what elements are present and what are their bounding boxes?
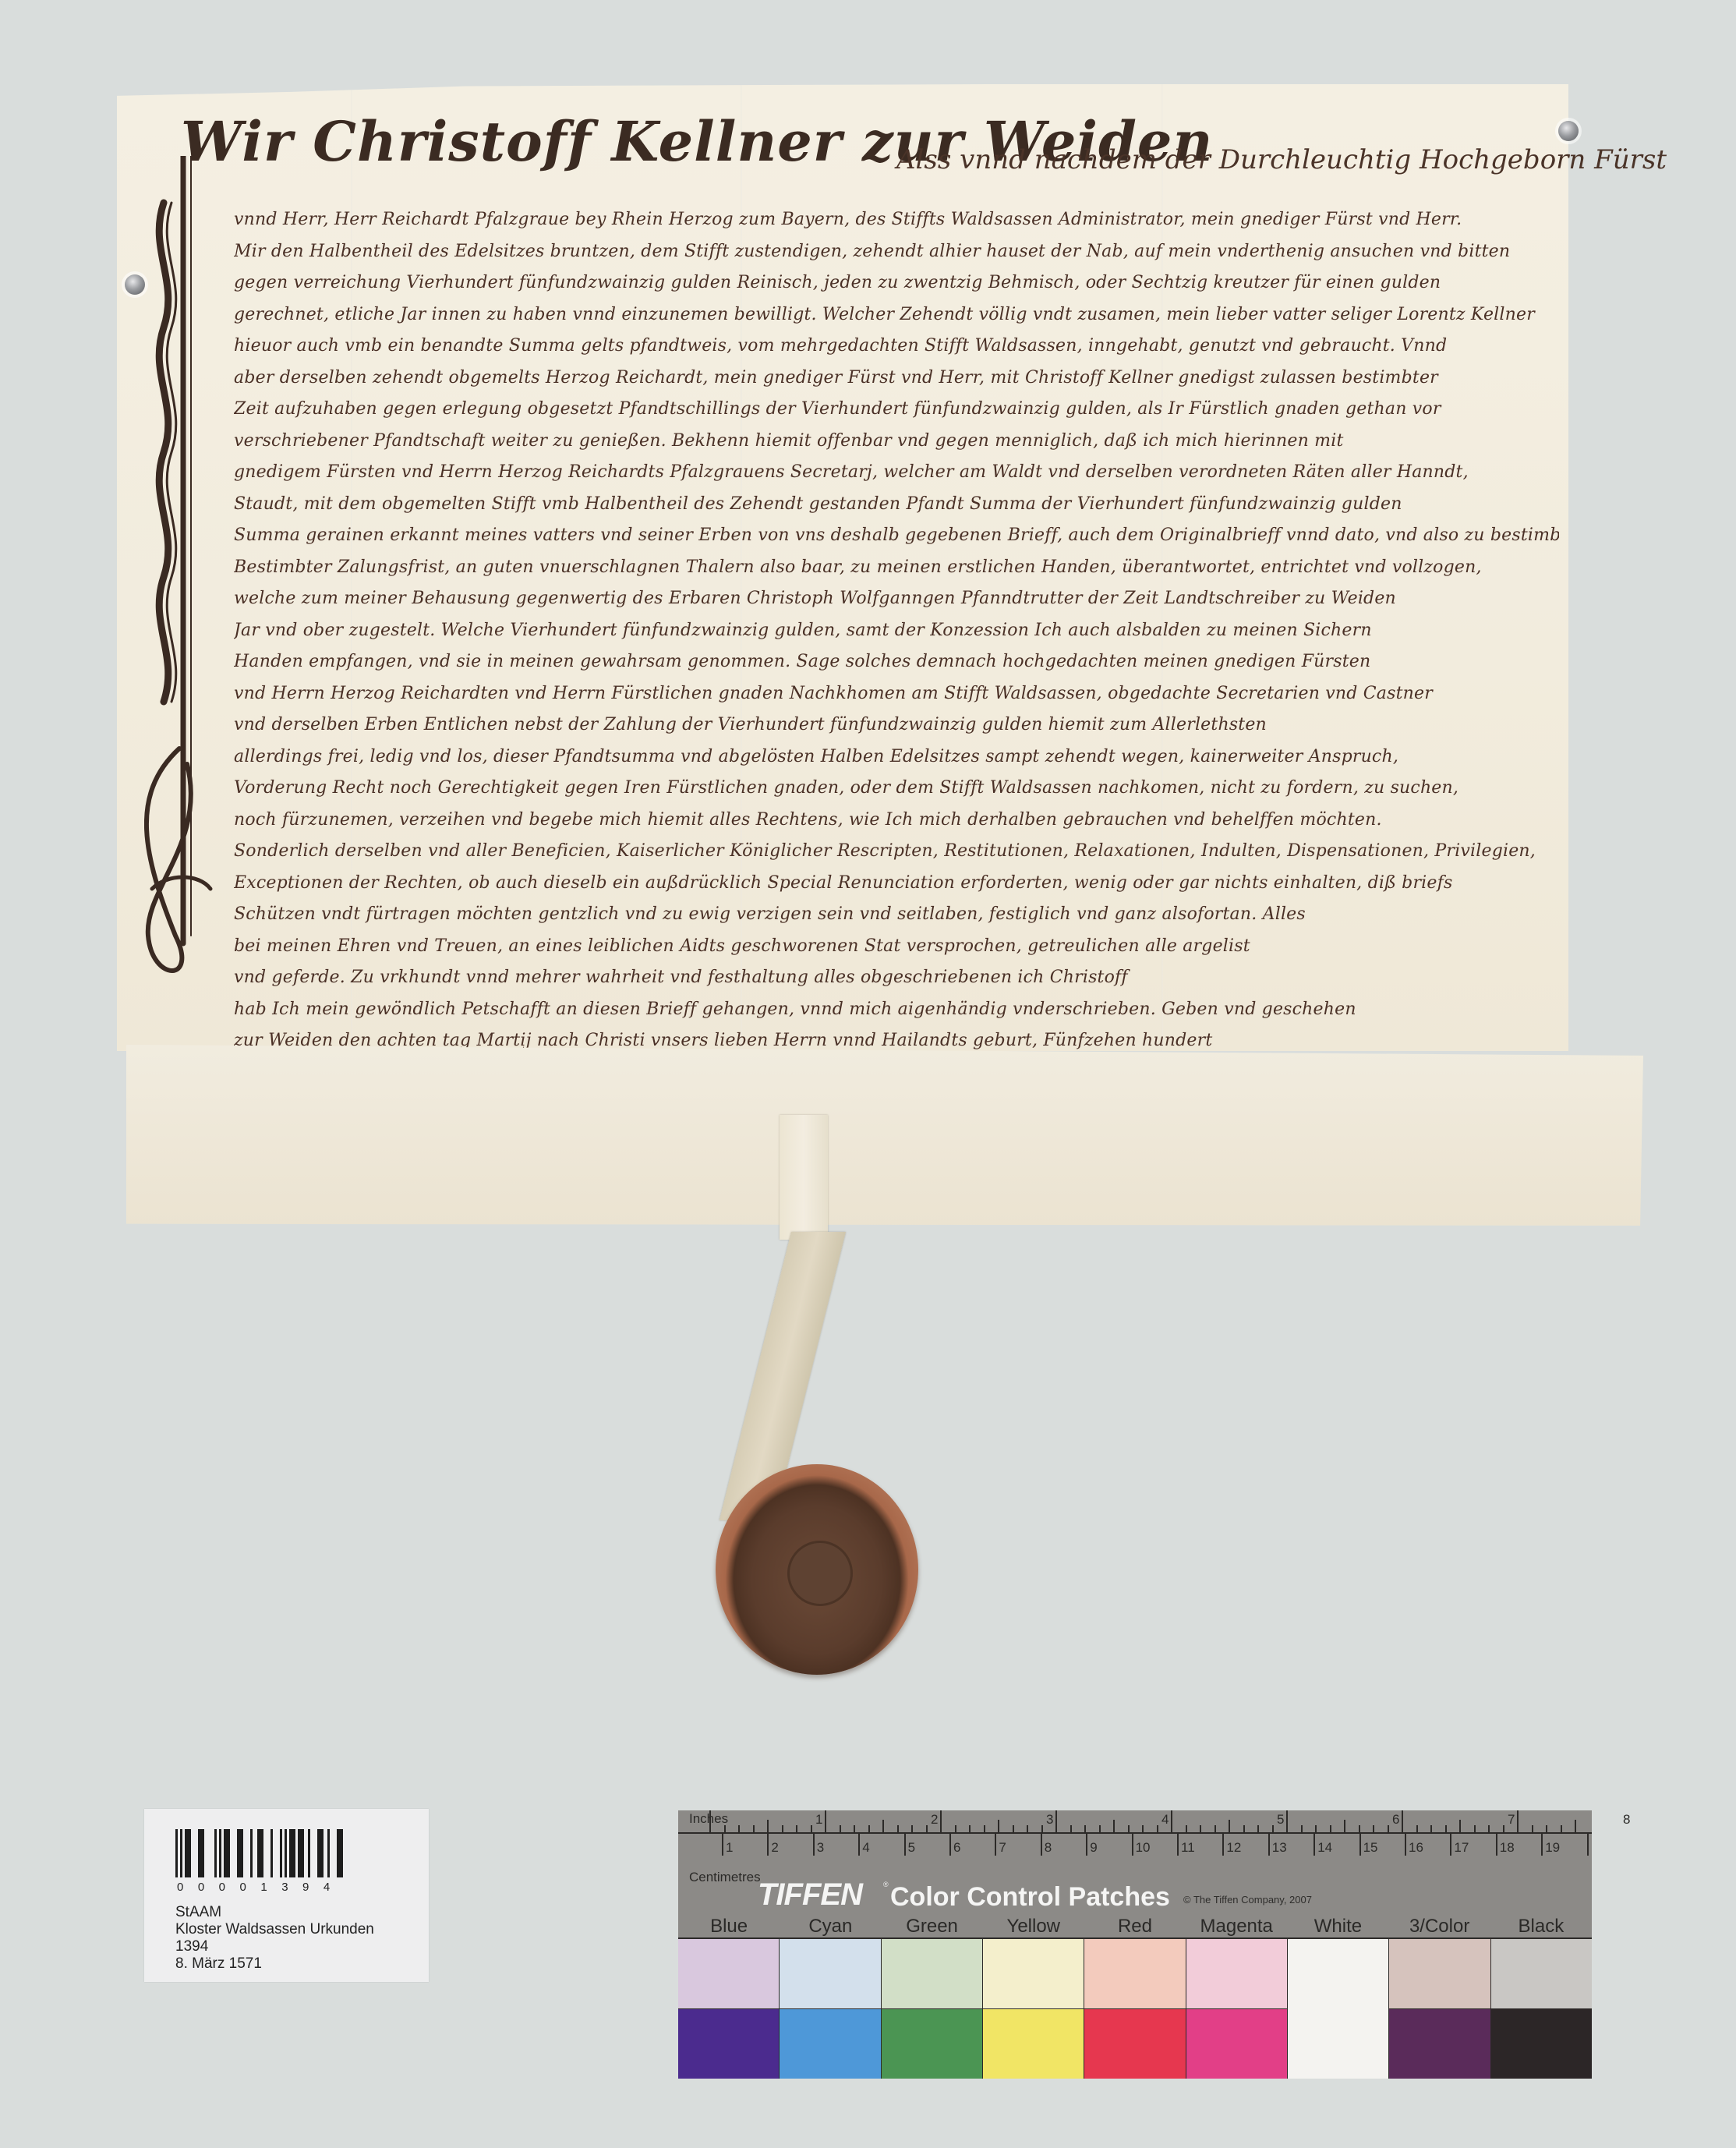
ruler-tick xyxy=(782,1825,783,1832)
color-patch-cyan xyxy=(779,1939,880,2079)
text-line: allerdings frei, ledig vnd los, dieser P… xyxy=(234,741,1559,773)
patch-label: Cyan xyxy=(780,1916,881,1937)
ruler-cm-number: 19 xyxy=(1545,1840,1560,1856)
ruler-inch-number: 8 xyxy=(1623,1812,1630,1828)
ruler-centimetres-label: Centimetres xyxy=(689,1870,761,1885)
ruler-cm-number: 13 xyxy=(1272,1840,1287,1856)
ruler-tick xyxy=(1177,1832,1179,1856)
ruler-cm-number: 18 xyxy=(1500,1840,1515,1856)
chart-title: Color Control Patches xyxy=(890,1882,1170,1913)
ruler-cm-number: 4 xyxy=(862,1840,869,1856)
ruler-tick xyxy=(1450,1832,1451,1856)
ruler-cm-number: 9 xyxy=(1090,1840,1097,1856)
ruler-cm-number: 11 xyxy=(1181,1840,1195,1856)
ruler-centimetres: 12345678910111213141516171819 xyxy=(678,1832,1592,1863)
ruler-tick xyxy=(1445,1825,1447,1832)
ruler-tick xyxy=(1041,1832,1042,1856)
mounting-pin-icon xyxy=(1558,121,1579,141)
ruler-cm-number: 5 xyxy=(908,1840,915,1856)
color-control-chart: Inches 12345678 123456789101112131415161… xyxy=(678,1810,1592,2077)
ruler-tick xyxy=(753,1825,755,1832)
ruler-tick xyxy=(1313,1832,1315,1856)
ruler-inch-number: 7 xyxy=(1508,1812,1515,1828)
ruler-tick xyxy=(1359,1832,1361,1856)
ruler-tick xyxy=(1517,1810,1519,1832)
ruler-tick xyxy=(722,1832,723,1856)
ruler-tick xyxy=(1430,1825,1432,1832)
text-line: noch fürzunemen, verzeihen vnd begebe mi… xyxy=(234,805,1559,837)
ruler-tick xyxy=(904,1832,906,1856)
patch-label: Blue xyxy=(678,1916,780,1937)
ruler-cm-number: 12 xyxy=(1226,1840,1241,1856)
ruler-inch-number: 2 xyxy=(931,1812,938,1828)
patch-label: Black xyxy=(1490,1916,1592,1937)
text-line: Exceptionen der Rechten, ob auch dieselb… xyxy=(234,868,1559,900)
ruler-tick xyxy=(1200,1825,1201,1832)
text-line: bei meinen Ehren vnd Treuen, an eines le… xyxy=(234,931,1559,963)
ruler-tick xyxy=(995,1832,996,1856)
ruler-tick xyxy=(1257,1825,1259,1832)
ruler-tick xyxy=(1186,1825,1187,1832)
ruler-tick xyxy=(1070,1825,1072,1832)
ruler-tick xyxy=(1027,1825,1028,1832)
ruler-tick xyxy=(1496,1832,1497,1856)
ruler-tick xyxy=(1587,1832,1589,1856)
ruler-cm-number: 8 xyxy=(1045,1840,1052,1856)
ruler-tick xyxy=(897,1825,899,1832)
ruler-cm-number: 3 xyxy=(817,1840,824,1856)
ruler-tick xyxy=(1474,1825,1476,1832)
ruler-tick xyxy=(911,1825,913,1832)
ruler-tick xyxy=(1084,1825,1086,1832)
ruler-tick xyxy=(767,1832,769,1856)
ruler-tick xyxy=(1330,1825,1331,1832)
ruler-cm-number: 7 xyxy=(999,1840,1006,1856)
ruler-cm-number: 14 xyxy=(1317,1840,1332,1856)
ruler-cm-number: 1 xyxy=(726,1840,733,1856)
patch-swatch-dark xyxy=(1389,2009,1490,2079)
patch-label: White xyxy=(1287,1916,1388,1937)
ruler-tick xyxy=(1402,1810,1403,1832)
label-number: 1394 xyxy=(175,1938,208,1955)
charter-text-body: vnnd Herr, Herr Reichardt Pfalzgraue bey… xyxy=(234,204,1559,1057)
ruler-tick xyxy=(1344,1820,1345,1832)
text-line: gnedigem Fürsten vnd Herrn Herzog Reicha… xyxy=(234,457,1559,489)
ruler-tick xyxy=(813,1832,815,1856)
text-line: aber derselben zehendt obgemelts Herzog … xyxy=(234,363,1559,395)
ruler-tick xyxy=(1171,1810,1172,1832)
patch-labels: Blue Cyan Green Yellow Red Magenta White… xyxy=(678,1916,1592,1937)
patch-swatch-light xyxy=(1084,1939,1185,2009)
color-patch-blue xyxy=(678,1939,779,2079)
ruler-tick xyxy=(1575,1820,1576,1832)
ruler-tick xyxy=(1301,1825,1303,1832)
text-line: Staudt, mit dem obgemelten Stifft vmb Ha… xyxy=(234,489,1559,521)
barcode-digits: 00001394 xyxy=(177,1881,361,1894)
ruler-tick xyxy=(1388,1825,1389,1832)
color-patch-white xyxy=(1287,1939,1388,2079)
ruler-tick xyxy=(1359,1825,1360,1832)
ruler-tick xyxy=(738,1825,740,1832)
ruler-tick xyxy=(1561,1825,1562,1832)
ruler-tick xyxy=(1113,1820,1115,1832)
ruler-tick xyxy=(984,1825,985,1832)
patch-swatch xyxy=(1288,1939,1388,2079)
label-date: 8. März 1571 xyxy=(175,1955,262,1973)
ruler-tick xyxy=(1243,1825,1245,1832)
ruler-tick xyxy=(955,1825,956,1832)
ruler-inch-number: 3 xyxy=(1046,1812,1053,1828)
label-archive: StAAM xyxy=(175,1904,221,1921)
ruler-tick xyxy=(1546,1825,1547,1832)
ruler-tick xyxy=(1086,1832,1087,1856)
ruler-tick xyxy=(724,1825,726,1832)
patch-swatch-dark xyxy=(1186,2009,1287,2079)
patch-swatch-light xyxy=(983,1939,1084,2009)
ruler-tick xyxy=(882,1820,884,1832)
ruler-tick xyxy=(1128,1825,1130,1832)
patch-swatch-dark xyxy=(882,2009,982,2079)
ruler-tick xyxy=(858,1832,860,1856)
patch-swatch-light xyxy=(780,1939,880,2009)
ruler-cm-number: 6 xyxy=(953,1840,960,1856)
wax-seal-icon xyxy=(716,1464,918,1675)
ruler-tick xyxy=(1222,1832,1224,1856)
patch-label: Yellow xyxy=(983,1916,1084,1937)
ruler-tick xyxy=(998,1820,999,1832)
text-line: gerechnet, etliche Jar innen zu haben vn… xyxy=(234,299,1559,331)
text-line: Handen empfangen, vnd sie in meinen gewa… xyxy=(234,646,1559,678)
ruler-tick xyxy=(1157,1825,1158,1832)
ruler-tick xyxy=(1503,1825,1504,1832)
ruler-tick xyxy=(1132,1832,1133,1856)
ruler-tick xyxy=(1214,1825,1216,1832)
charter-heading-continuation: Alss vnnd nachdem der Durchleuchtig Hoch… xyxy=(896,144,1667,175)
tiffen-logo: TIFFEN xyxy=(758,1877,862,1913)
ruler-tick xyxy=(854,1825,855,1832)
ruler-tick xyxy=(1459,1820,1461,1832)
ruler-tick xyxy=(940,1810,942,1832)
ruler-tick xyxy=(1055,1810,1057,1832)
patch-swatch-dark xyxy=(1084,2009,1185,2079)
ruler-tick xyxy=(1099,1825,1101,1832)
ruler-tick xyxy=(1405,1832,1406,1856)
ruler-cm-number: 10 xyxy=(1136,1840,1151,1856)
patch-swatch-light xyxy=(882,1939,982,2009)
patch-swatch-dark xyxy=(678,2009,779,2079)
text-line: vnnd Herr, Herr Reichardt Pfalzgraue bey… xyxy=(234,204,1559,236)
archive-label: 00001394 StAAM Kloster Waldsassen Urkund… xyxy=(144,1809,429,1982)
color-patch-3-color xyxy=(1388,1939,1490,2079)
color-patch-red xyxy=(1084,1939,1185,2079)
text-line: hab Ich mein gewöndlich Petschafft an di… xyxy=(234,994,1559,1026)
text-line: Mir den Halbentheil des Edelsitzes brunt… xyxy=(234,236,1559,268)
ruler-tick xyxy=(1142,1825,1144,1832)
patch-swatch-light xyxy=(1186,1939,1287,2009)
color-patch-magenta xyxy=(1186,1939,1287,2079)
ruler-inches: Inches 12345678 xyxy=(678,1810,1592,1834)
barcode-icon xyxy=(175,1829,343,1877)
patch-swatch-light xyxy=(1389,1939,1490,2009)
patch-label: Magenta xyxy=(1186,1916,1287,1937)
ruler-tick xyxy=(1416,1825,1418,1832)
ruler-inch-number: 5 xyxy=(1277,1812,1284,1828)
ruler-tick xyxy=(767,1820,769,1832)
ruler-inch-number: 4 xyxy=(1161,1812,1169,1828)
text-line: gegen verreichung Vierhundert fünfundzwa… xyxy=(234,267,1559,299)
patch-swatch-light xyxy=(1491,1939,1592,2009)
ruler-tick xyxy=(868,1825,870,1832)
text-line: Sonderlich derselben vnd aller Beneficie… xyxy=(234,836,1559,868)
text-line: Bestimbter Zalungsfrist, an guten vnuers… xyxy=(234,552,1559,584)
color-patch-yellow xyxy=(982,1939,1084,2079)
ruler-tick xyxy=(1532,1825,1533,1832)
ruler-tick xyxy=(969,1825,971,1832)
patch-label: 3/Color xyxy=(1389,1916,1490,1937)
mounting-pin-icon xyxy=(125,274,145,295)
patch-swatch-light xyxy=(678,1939,779,2009)
ruler-tick xyxy=(926,1825,928,1832)
ruler-tick xyxy=(1541,1832,1543,1856)
patch-label: Red xyxy=(1084,1916,1186,1937)
chart-copyright: © The Tiffen Company, 2007 xyxy=(1183,1894,1312,1906)
decorative-initial-border-icon xyxy=(144,156,214,990)
label-collection: Kloster Waldsassen Urkunden xyxy=(175,1921,374,1938)
ruler-tick xyxy=(1315,1825,1317,1832)
text-line: vnd geferde. Zu vrkhundt vnnd mehrer wah… xyxy=(234,962,1559,994)
ruler-tick xyxy=(709,1810,711,1832)
text-line: Jar vnd ober zugestelt. Welche Vierhunde… xyxy=(234,615,1559,647)
ruler-tick xyxy=(796,1825,797,1832)
ruler-cm-number: 2 xyxy=(771,1840,778,1856)
ruler-inch-number: 1 xyxy=(815,1812,822,1828)
ruler-tick xyxy=(949,1832,951,1856)
text-line: welche zum meiner Behausung gegenwertig … xyxy=(234,583,1559,615)
ruler-tick xyxy=(840,1825,841,1832)
text-line: vnd Herrn Herzog Reichardten vnd Herrn F… xyxy=(234,678,1559,710)
ruler-tick xyxy=(1229,1820,1230,1832)
text-line: Zeit aufzuhaben gegen erlegung obgesetzt… xyxy=(234,394,1559,426)
seal-strap-slot xyxy=(780,1115,828,1240)
color-patches xyxy=(678,1937,1592,2079)
seal-impression xyxy=(787,1541,853,1606)
barcode-digit: 00001394 xyxy=(177,1881,345,1894)
ruler-tick xyxy=(1286,1810,1288,1832)
patch-swatch-dark xyxy=(983,2009,1084,2079)
ruler-tick xyxy=(1488,1825,1490,1832)
ruler-tick xyxy=(1013,1825,1014,1832)
color-patch-green xyxy=(881,1939,982,2079)
ruler-cm-number: 16 xyxy=(1409,1840,1423,1856)
ruler-inch-number: 6 xyxy=(1392,1812,1399,1828)
color-patch-black xyxy=(1490,1939,1592,2079)
ruler-tick xyxy=(811,1825,812,1832)
ruler-tick xyxy=(1268,1832,1270,1856)
text-line: verschriebener Pfandtschaft weiter zu ge… xyxy=(234,426,1559,458)
charter-plica-fold xyxy=(126,1045,1643,1226)
patch-label: Green xyxy=(881,1916,982,1937)
text-line: Schützen vndt fürtragen möchten gentzlic… xyxy=(234,899,1559,931)
ruler-cm-number: 17 xyxy=(1454,1840,1469,1856)
text-line: Summa gerainen erkannt meines vatters vn… xyxy=(234,520,1559,552)
patch-swatch-dark xyxy=(1491,2009,1592,2079)
ruler-tick xyxy=(825,1810,826,1832)
ruler-cm-number: 15 xyxy=(1363,1840,1378,1856)
text-line: Vorderung Recht noch Gerechtigkeit gegen… xyxy=(234,773,1559,805)
patch-swatch-dark xyxy=(780,2009,880,2079)
ruler-tick xyxy=(1041,1825,1043,1832)
registered-mark-icon: ® xyxy=(883,1881,889,1888)
ruler-tick xyxy=(1373,1825,1374,1832)
text-line: hieuor auch vmb ein benandte Summa gelts… xyxy=(234,331,1559,363)
ruler-tick xyxy=(1272,1825,1274,1832)
text-line: vnd derselben Erben Entlichen nebst der … xyxy=(234,710,1559,741)
